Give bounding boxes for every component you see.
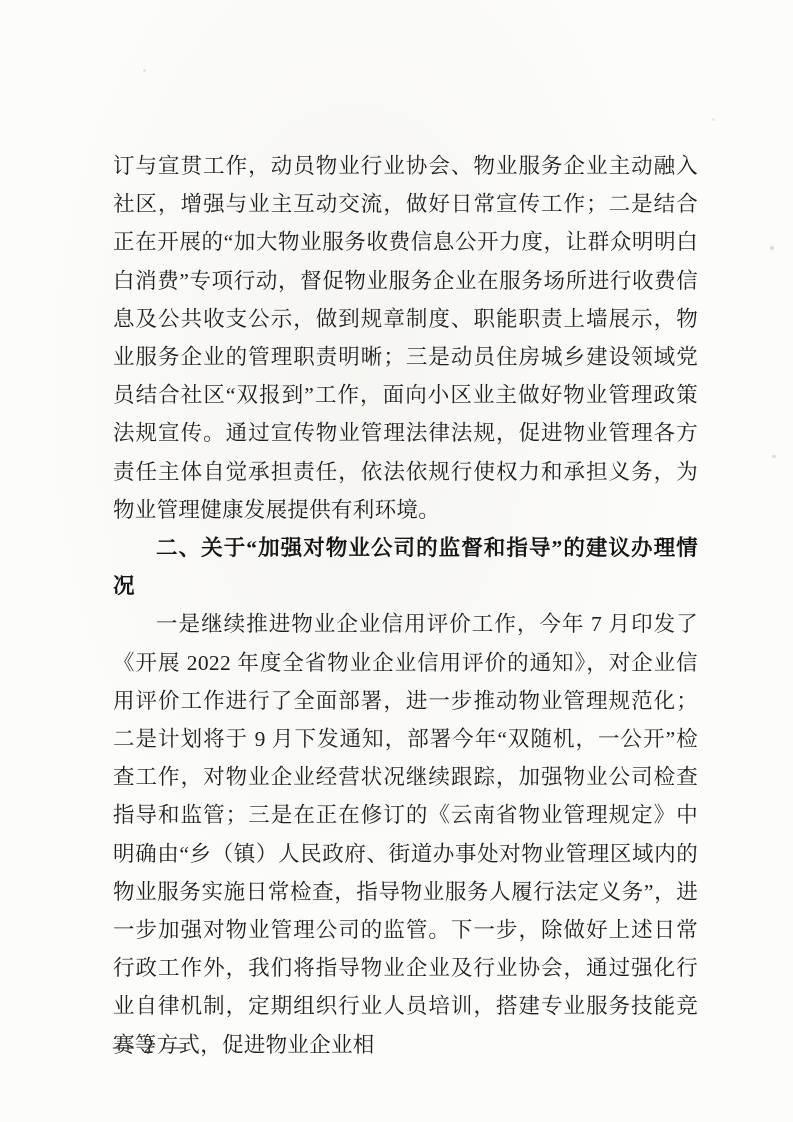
- page-number: — 2 —: [113, 1032, 186, 1060]
- paragraph-continuation: 订与宣贯工作，动员物业行业协会、物业服务企业主动融入社区，增强与业主互动交流，做…: [113, 147, 698, 529]
- section-heading: 二、关于“加强对物业公司的监督和指导”的建议办理情况: [113, 529, 698, 605]
- scan-speck: [143, 69, 146, 72]
- scanned-document-page: 订与宣贯工作，动员物业行业协会、物业服务企业主动融入社区，增强与业主互动交流，做…: [0, 0, 793, 1122]
- paragraph-body: 一是继续推进物业企业信用评价工作，今年 7 月印发了《开展 2022 年度全省物…: [113, 605, 698, 1063]
- document-body: 订与宣贯工作，动员物业行业协会、物业服务企业主动融入社区，增强与业主互动交流，做…: [113, 147, 698, 1064]
- scan-speck: [772, 455, 776, 458]
- scan-speck: [712, 118, 715, 121]
- scan-speck: [120, 352, 123, 355]
- scan-speck: [770, 246, 774, 250]
